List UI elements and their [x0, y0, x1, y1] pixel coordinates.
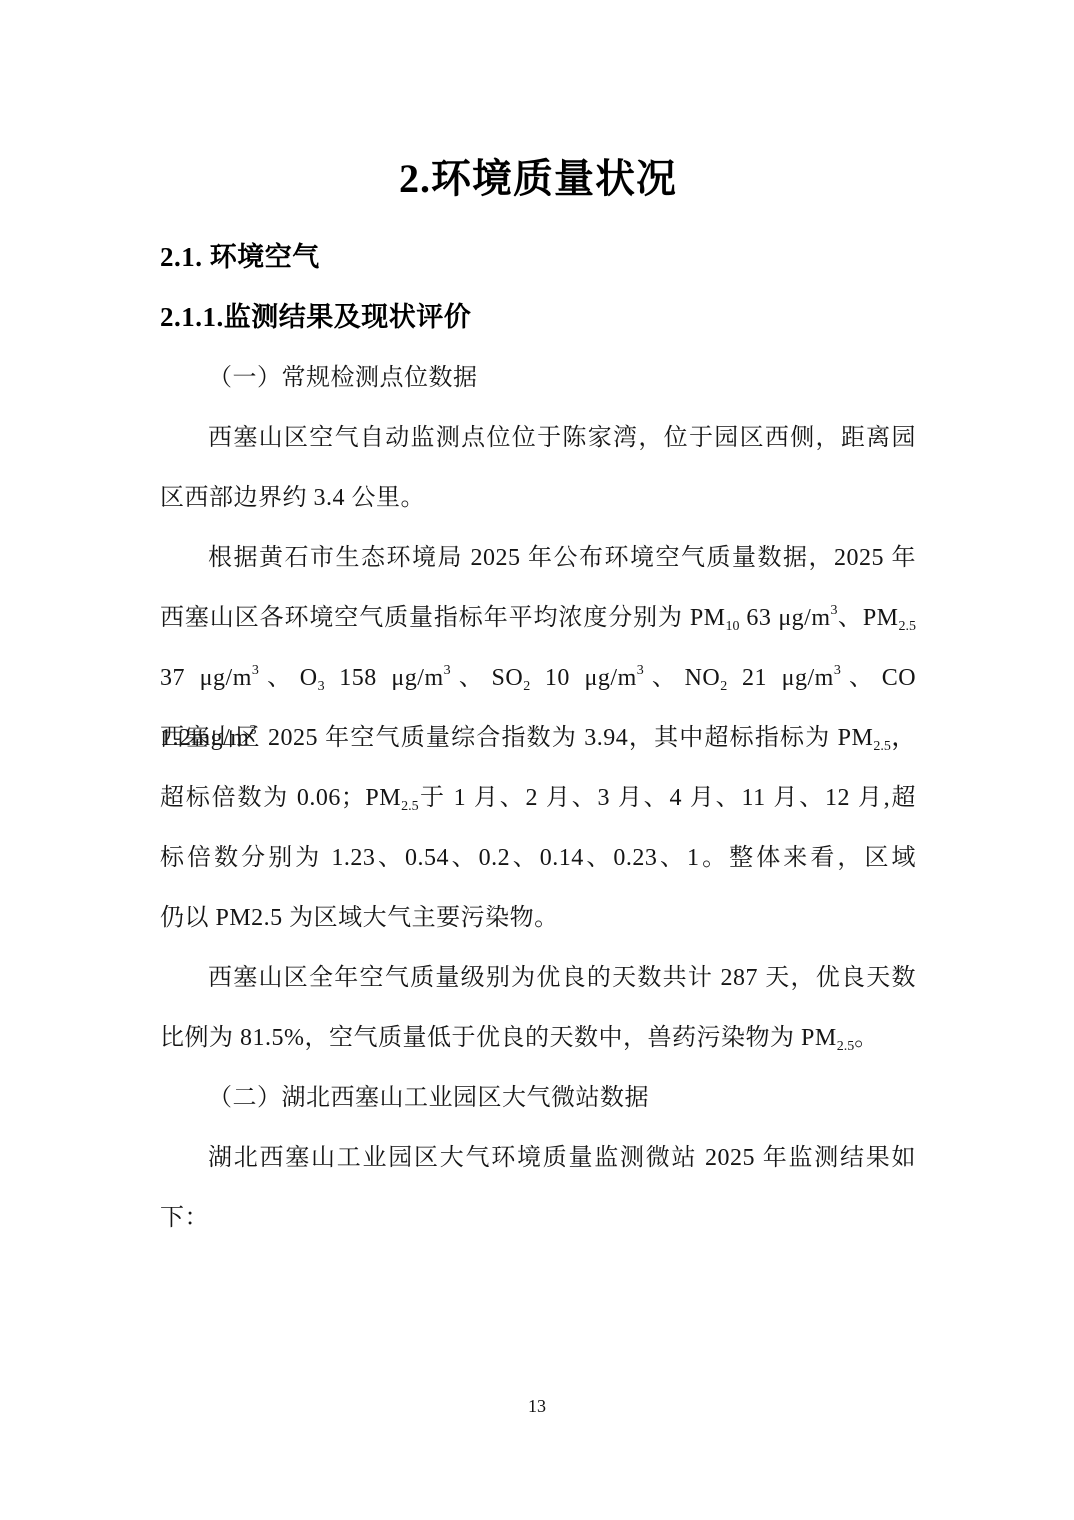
paragraph-line: 湖北西塞山工业园区大气环境质量监测微站 2025 年监测结果如: [160, 1128, 916, 1188]
section-heading: 2.1. 环境空气: [160, 240, 916, 274]
text-segment: 。: [854, 1025, 879, 1051]
text-sub-segment: 2.5: [401, 799, 419, 814]
paragraph-line: 比例为 81.5%，空气质量低于优良的天数中，兽药污染物为 PM2.5。: [160, 1008, 916, 1068]
paragraph-line: 37 μg/m3、O3 158 μg/m3、SO2 10 μg/m3、NO2 2…: [160, 648, 916, 708]
text-segment: 西塞山区 2025 年空气质量综合指数为 3.94，其中超标指标为 PM: [160, 725, 873, 751]
text-segment: 湖北西塞山工业园区大气环境质量监测微站 2025 年监测结果如: [208, 1145, 916, 1171]
text-segment: 、NO: [644, 665, 721, 691]
text-sup-segment: 3: [831, 603, 838, 618]
text-segment: （一）常规检测点位数据: [208, 365, 478, 391]
paragraph-line: 超标倍数为 0.06；PM2.5于 1 月、2 月、3 月、4 月、11 月、1…: [160, 768, 916, 828]
paragraph-line: 下：: [160, 1188, 916, 1248]
text-segment: 比例为 81.5%，空气质量低于优良的天数中，兽药污染物为 PM: [160, 1025, 837, 1051]
text-segment: 、PM: [838, 605, 899, 631]
text-segment: 10 μg/m: [530, 665, 637, 691]
paragraph: （一）常规检测点位数据: [160, 348, 916, 408]
text-segment: 下：: [160, 1205, 209, 1231]
text-sup-segment: 3: [834, 663, 841, 678]
text-segment: 区西部边界约 3.4 公里。: [160, 485, 425, 511]
text-sub-segment: 2.5: [837, 1039, 855, 1054]
text-sub-segment: 2.5: [899, 619, 917, 634]
text-segment: 63 μg/m: [740, 605, 831, 631]
text-segment: 于 1 月、2 月、3 月、4 月、11 月、12 月,超: [419, 785, 916, 811]
paragraph-line: 标倍数分别为 1.23、0.54、0.2、0.14、0.23、1。整体来看，区域: [160, 828, 916, 888]
text-segment: 仍以 PM2.5 为区域大气主要污染物。: [160, 905, 559, 931]
paragraph: 湖北西塞山工业园区大气环境质量监测微站 2025 年监测结果如下：: [160, 1128, 916, 1248]
text-segment: 21 μg/m: [727, 665, 834, 691]
paragraph: 西塞山区全年空气质量级别为优良的天数共计 287 天，优良天数比例为 81.5%…: [160, 948, 916, 1068]
paragraph-line: 西塞山区全年空气质量级别为优良的天数共计 287 天，优良天数: [160, 948, 916, 1008]
page-title: 2.环境质量状况: [160, 148, 916, 210]
paragraph-line: 西塞山区各环境空气质量指标年平均浓度分别为 PM10 63 μg/m3、PM2.…: [160, 588, 916, 648]
text-sub-segment: 10: [726, 619, 740, 634]
paragraph-line: （二）湖北西塞山工业园区大气微站数据: [160, 1068, 916, 1128]
text-sub-segment: 2.5: [873, 739, 891, 754]
paragraph: 根据黄石市生态环境局 2025 年公布环境空气质量数据，2025 年西塞山区各环…: [160, 528, 916, 948]
text-sup-segment: 3: [252, 663, 259, 678]
paragraph-line: 根据黄石市生态环境局 2025 年公布环境空气质量数据，2025 年: [160, 528, 916, 588]
paragraph-line: 西塞山区空气自动监测点位位于陈家湾，位于园区西侧，距离园: [160, 408, 916, 468]
subsection-heading: 2.1.1.监测结果及现状评价: [160, 300, 916, 334]
page-number: 13: [0, 1396, 1074, 1417]
text-segment: 西塞山区各环境空气质量指标年平均浓度分别为 PM: [160, 605, 726, 631]
text-segment: 、O: [259, 665, 318, 691]
body-paragraphs: （一）常规检测点位数据西塞山区空气自动监测点位位于陈家湾，位于园区西侧，距离园区…: [160, 348, 916, 1248]
text-segment: 西塞山区全年空气质量级别为优良的天数共计 287 天，优良天数: [208, 965, 916, 991]
text-segment: 超标倍数为 0.06；PM: [160, 785, 401, 811]
text-segment: 158 μg/m: [325, 665, 444, 691]
text-segment: 标倍数分别为 1.23、0.54、0.2、0.14、0.23、1。整体来看，区域: [160, 845, 916, 871]
text-segment: 37 μg/m: [160, 665, 252, 691]
paragraph-line: （一）常规检测点位数据: [160, 348, 916, 408]
text-segment: （二）湖北西塞山工业园区大气微站数据: [208, 1085, 649, 1111]
text-segment: 西塞山区空气自动监测点位位于陈家湾，位于园区西侧，距离园: [208, 425, 916, 451]
text-segment: ，: [891, 725, 916, 751]
paragraph-line: 西塞山区 2025 年空气质量综合指数为 3.94，其中超标指标为 PM2.5，: [160, 708, 916, 768]
text-sup-segment: 3: [637, 663, 644, 678]
paragraph-line: 区西部边界约 3.4 公里。: [160, 468, 916, 528]
paragraph: 西塞山区空气自动监测点位位于陈家湾，位于园区西侧，距离园区西部边界约 3.4 公…: [160, 408, 916, 528]
text-segment: 、SO: [451, 665, 524, 691]
paragraph-line: 仍以 PM2.5 为区域大气主要污染物。: [160, 888, 916, 948]
text-segment: 根据黄石市生态环境局 2025 年公布环境空气质量数据，2025 年: [208, 545, 916, 571]
text-sub-segment: 3: [318, 679, 325, 694]
document-page: 2.环境质量状况 2.1. 环境空气 2.1.1.监测结果及现状评价 （一）常规…: [0, 0, 1074, 1520]
paragraph: （二）湖北西塞山工业园区大气微站数据: [160, 1068, 916, 1128]
text-sup-segment: 3: [444, 663, 451, 678]
